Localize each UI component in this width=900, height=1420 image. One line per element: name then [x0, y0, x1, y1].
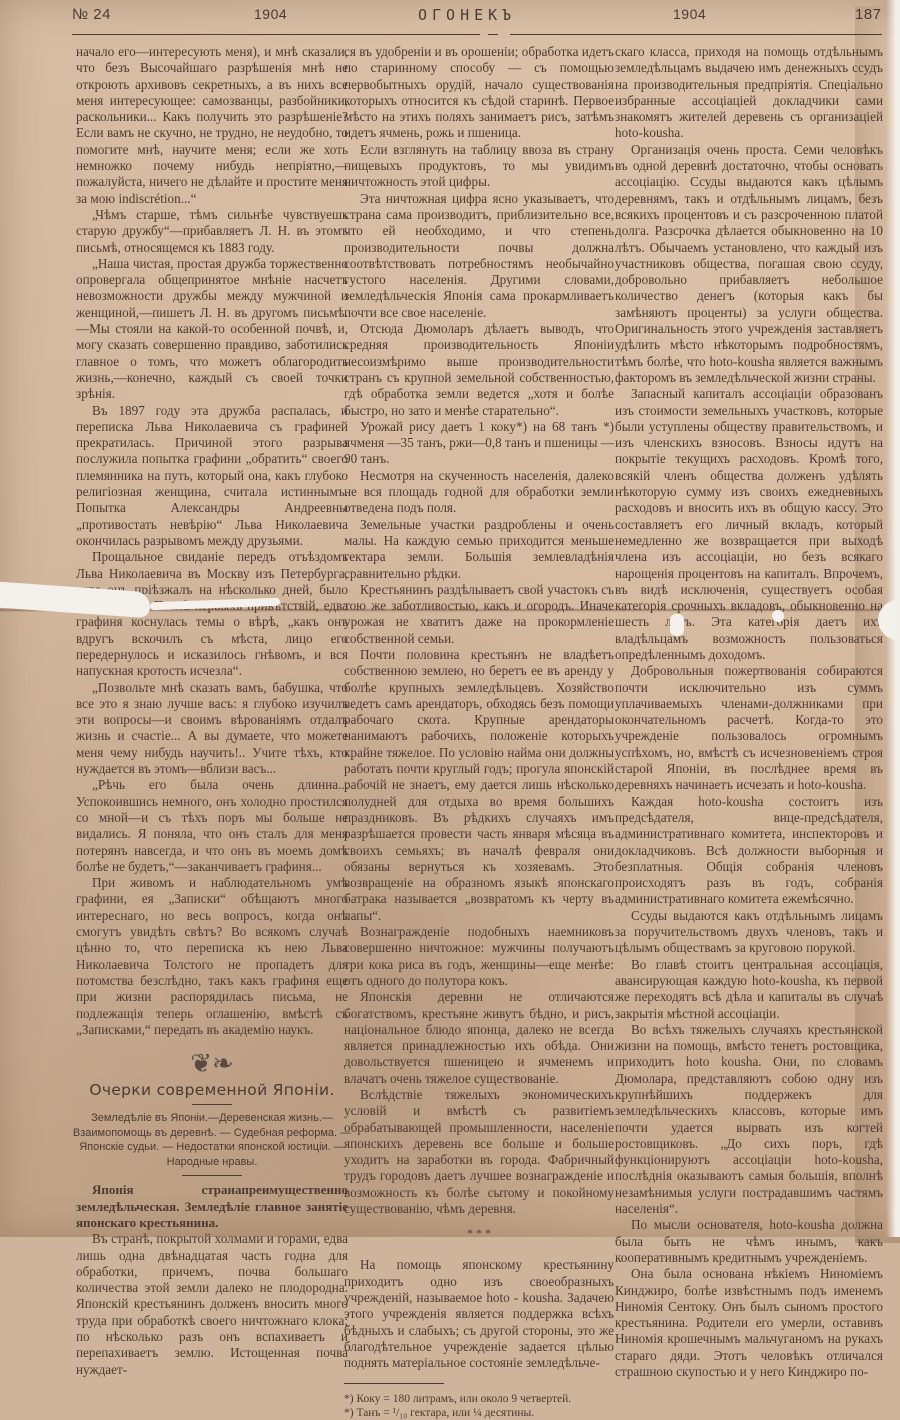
- paragraph: Вознагражденіе подобныхъ наемниковъ сове…: [344, 924, 614, 989]
- paragraph: ся въ удобреніи и въ орошеніи; обработка…: [344, 44, 614, 142]
- paragraph: Почти половина крестьянъ не владѣетъ соб…: [344, 647, 614, 924]
- paragraph: Японскія деревни не отличаются богатство…: [344, 989, 614, 1087]
- paragraph: Ссуды выдаются какъ отдѣльнымъ лицамъ за…: [615, 908, 883, 957]
- page-header: № 24 1904 ОГОНЕКЪ 1904 187: [0, 0, 900, 40]
- masthead-title: ОГОНЕКЪ: [418, 6, 516, 24]
- floral-ornament-icon: ❦❧: [76, 1052, 348, 1076]
- paragraph: Эта ничтожная цифра ясно указываетъ, что…: [344, 191, 614, 321]
- paragraph: „Рѣчь его была очень длинна... Успокоивш…: [76, 777, 348, 875]
- paragraph: Вслѣдствіе тяжелыхъ экономическихъ услов…: [344, 1087, 614, 1217]
- summary-rule: [182, 1175, 242, 1176]
- article-title: Очерки современной Японіи.: [76, 1082, 348, 1098]
- paragraph: При живомъ и наблюдательномъ умѣ графини…: [76, 875, 348, 1038]
- article-summary: Земледѣліе въ Японіи.—Деревенская жизнь.…: [72, 1111, 352, 1169]
- paragraph: Крестьянинъ раздѣлываетъ свой участокъ с…: [344, 582, 614, 647]
- asterism-divider: * * *: [344, 1227, 614, 1237]
- header-rule-right: [510, 34, 882, 35]
- paper-hole: [670, 614, 684, 636]
- paper-hole: [772, 610, 784, 622]
- year-right: 1904: [673, 6, 706, 22]
- paragraph: Въ 1897 году эта дружба распалась, и пер…: [76, 403, 348, 550]
- paragraph: „Наша чистая, простая дружба торжественн…: [76, 256, 348, 403]
- paragraph: Если взглянуть на таблицу ввоза въ стран…: [344, 142, 614, 191]
- paragraph: „Позвольте мнѣ сказать вамъ, бабушка, чт…: [76, 680, 348, 778]
- paragraph: Въ странѣ, покрытой холмами и горами, ед…: [76, 1231, 348, 1237]
- issue-number: № 24: [72, 6, 111, 23]
- paragraph: Несмотря на скученность населенія, далек…: [344, 468, 614, 517]
- column-2: ся въ удобреніи и въ орошеніи; обработка…: [344, 44, 614, 1237]
- paragraph: начало его—интересують меня), и мнѣ сказ…: [76, 44, 348, 207]
- paragraph: Урожай рису даетъ 1 коку*) на 68 танъ *)…: [344, 419, 614, 468]
- paragraph: „Чѣмъ старше, тѣмъ сильнѣе чувствуешь ст…: [76, 207, 348, 256]
- paragraph: Во главѣ стоитъ центральная ассоціація, …: [615, 957, 883, 1022]
- paragraph: Добровольныя пожертвованія собираются по…: [615, 663, 883, 793]
- title-rule: [192, 1104, 232, 1105]
- header-rule-mid: [488, 34, 498, 35]
- paragraph: Каждая hoto-kousha состоитъ изъ предсѣда…: [615, 794, 883, 908]
- column-1: начало его—интересують меня), и мнѣ сказ…: [76, 44, 348, 1237]
- paragraph: Запасный капиталъ ассоціаціи образованъ …: [615, 386, 883, 663]
- paragraph: скаго класса, приходя на помощь отдѣльны…: [615, 44, 883, 142]
- column-3: скаго класса, приходя на помощь отдѣльны…: [615, 44, 883, 1237]
- paragraph: Во всѣхъ тяжелыхъ случаяхъ крестьянской …: [615, 1022, 883, 1218]
- header-rule-left: [72, 34, 480, 35]
- year-left: 1904: [254, 6, 287, 22]
- paragraph: Организація очень проста. Семи человѣкъ …: [615, 142, 883, 386]
- paragraph: Отсюда Дюмоларъ дѣлаетъ выводъ, что сред…: [344, 321, 614, 419]
- newspaper-page: № 24 1904 ОГОНЕКЪ 1904 187 начало его—ин…: [0, 0, 900, 1237]
- page-edge: [886, 0, 900, 1237]
- paragraph: Земельные участки раздроблены и очень ма…: [344, 517, 614, 582]
- article-lead: Японія странапреимущественно земледѣльче…: [76, 1182, 348, 1231]
- paragraph: По мысли основателя, hoto-kousha должна …: [615, 1217, 883, 1237]
